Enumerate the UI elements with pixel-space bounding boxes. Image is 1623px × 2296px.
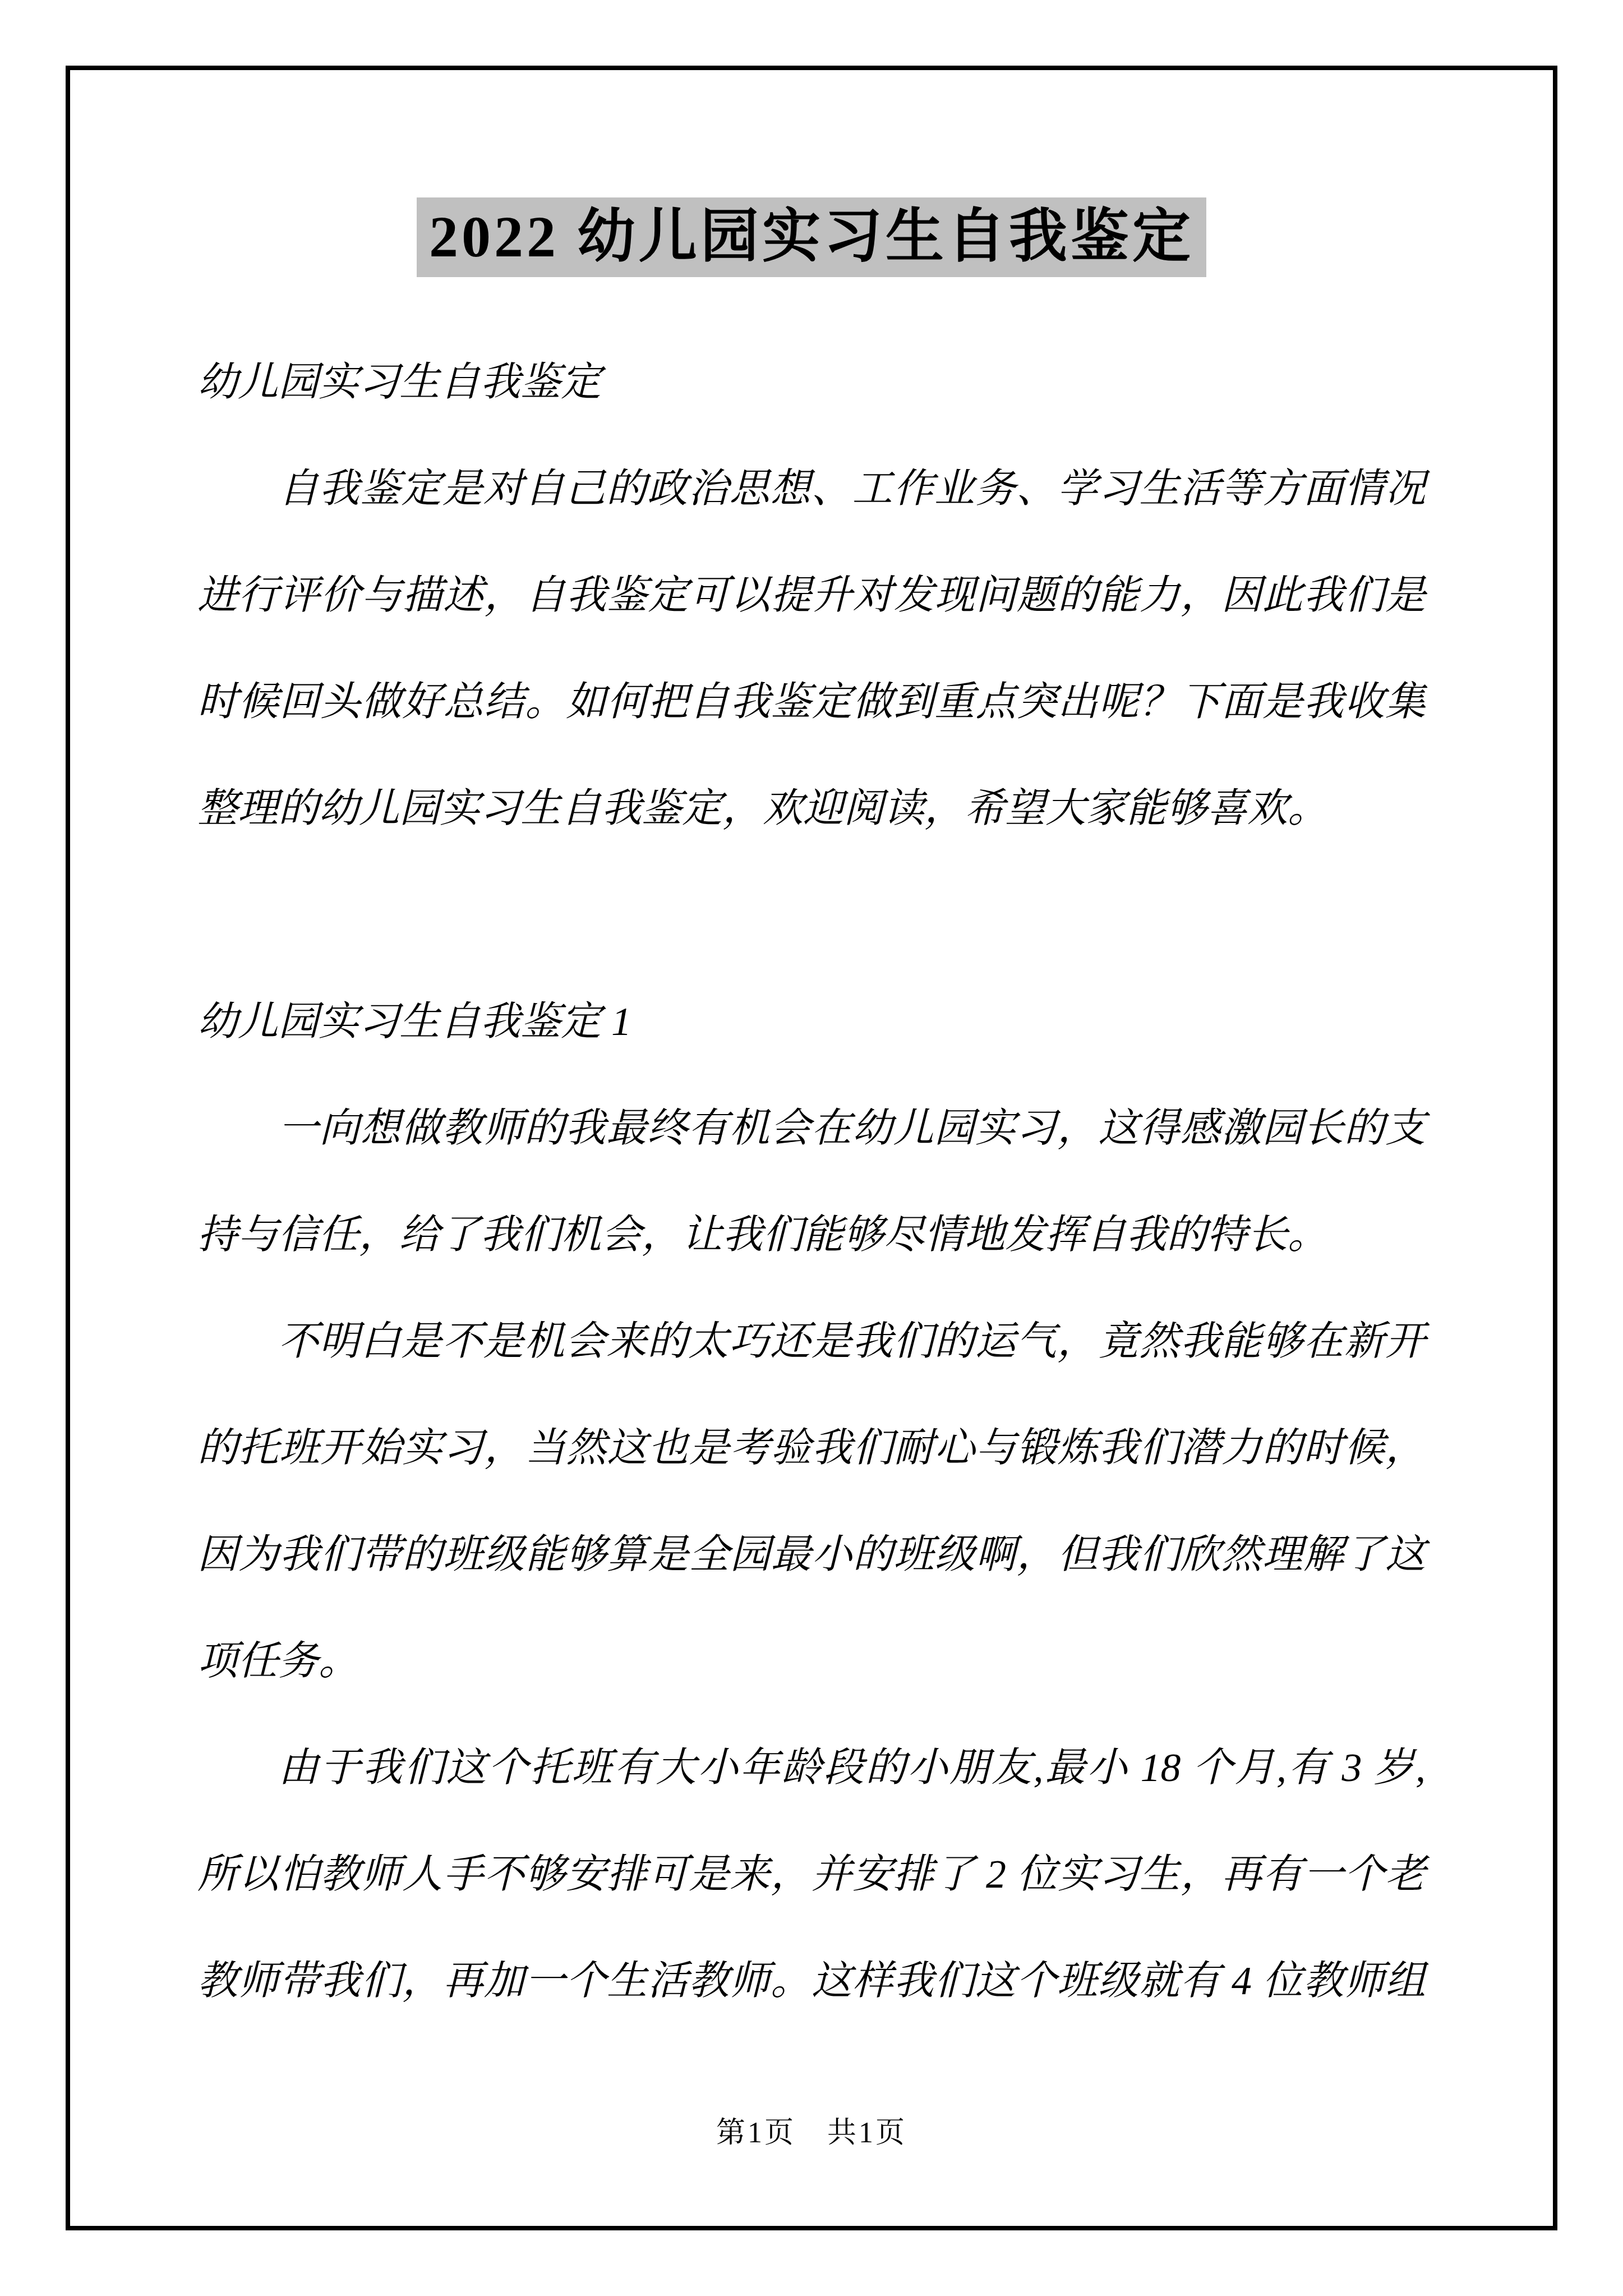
body-line: 自我鉴定是对自己的政治思想、工作业务、学习生活等方面情况: [197, 435, 1426, 542]
body-line: 的托班开始实习，当然这也是考验我们耐心与锻炼我们潜力的时候，: [197, 1395, 1426, 1501]
document-page: { "page": { "title": "2022 幼儿园实习生自我鉴定", …: [0, 0, 1623, 2296]
body-line: 进行评价与描述，自我鉴定可以提升对发现问题的能力，因此我们是: [197, 542, 1426, 648]
body-line: 不明白是不是机会来的太巧还是我们的运气，竟然我能够在新开: [197, 1288, 1426, 1395]
body-line: 整理的幼儿园实习生自我鉴定，欢迎阅读，希望大家能够喜欢。: [197, 755, 1426, 862]
document-title: 2022 幼儿园实习生自我鉴定: [417, 197, 1206, 277]
body-line: 时候回头做好总结。如何把自我鉴定做到重点突出呢？下面是我收集: [197, 648, 1426, 755]
body-line: 项任务。: [197, 1608, 1426, 1714]
body-line: 因为我们带的班级能够算是全园最小的班级啊，但我们欣然理解了这: [197, 1501, 1426, 1608]
body-line: 由于我们这个托班有大小年龄段的小朋友,最小 18 个月,有 3 岁,: [197, 1714, 1426, 1821]
page-content: 2022 幼儿园实习生自我鉴定 幼儿园实习生自我鉴定 自我鉴定是对自己的政治思想…: [0, 0, 1623, 2296]
body-line: 一向想做教师的我最终有机会在幼儿园实习，这得感激园长的支: [197, 1075, 1426, 1181]
blank-line: [197, 862, 1426, 968]
body-line: 幼儿园实习生自我鉴定 1: [197, 968, 1426, 1075]
document-body: 幼儿园实习生自我鉴定 自我鉴定是对自己的政治思想、工作业务、学习生活等方面情况 …: [197, 329, 1426, 2034]
body-line: 幼儿园实习生自我鉴定: [197, 329, 1426, 435]
title-row: 2022 幼儿园实习生自我鉴定: [0, 197, 1623, 277]
body-line: 所以怕教师人手不够安排可是来，并安排了 2 位实习生，再有一个老: [197, 1821, 1426, 1927]
body-line: 教师带我们，再加一个生活教师。这样我们这个班级就有 4 位教师组: [197, 1927, 1426, 2034]
body-line: 持与信任，给了我们机会，让我们能够尽情地发挥自我的特长。: [197, 1181, 1426, 1288]
footer-page-number: 第1页 共1页: [0, 2114, 1623, 2153]
